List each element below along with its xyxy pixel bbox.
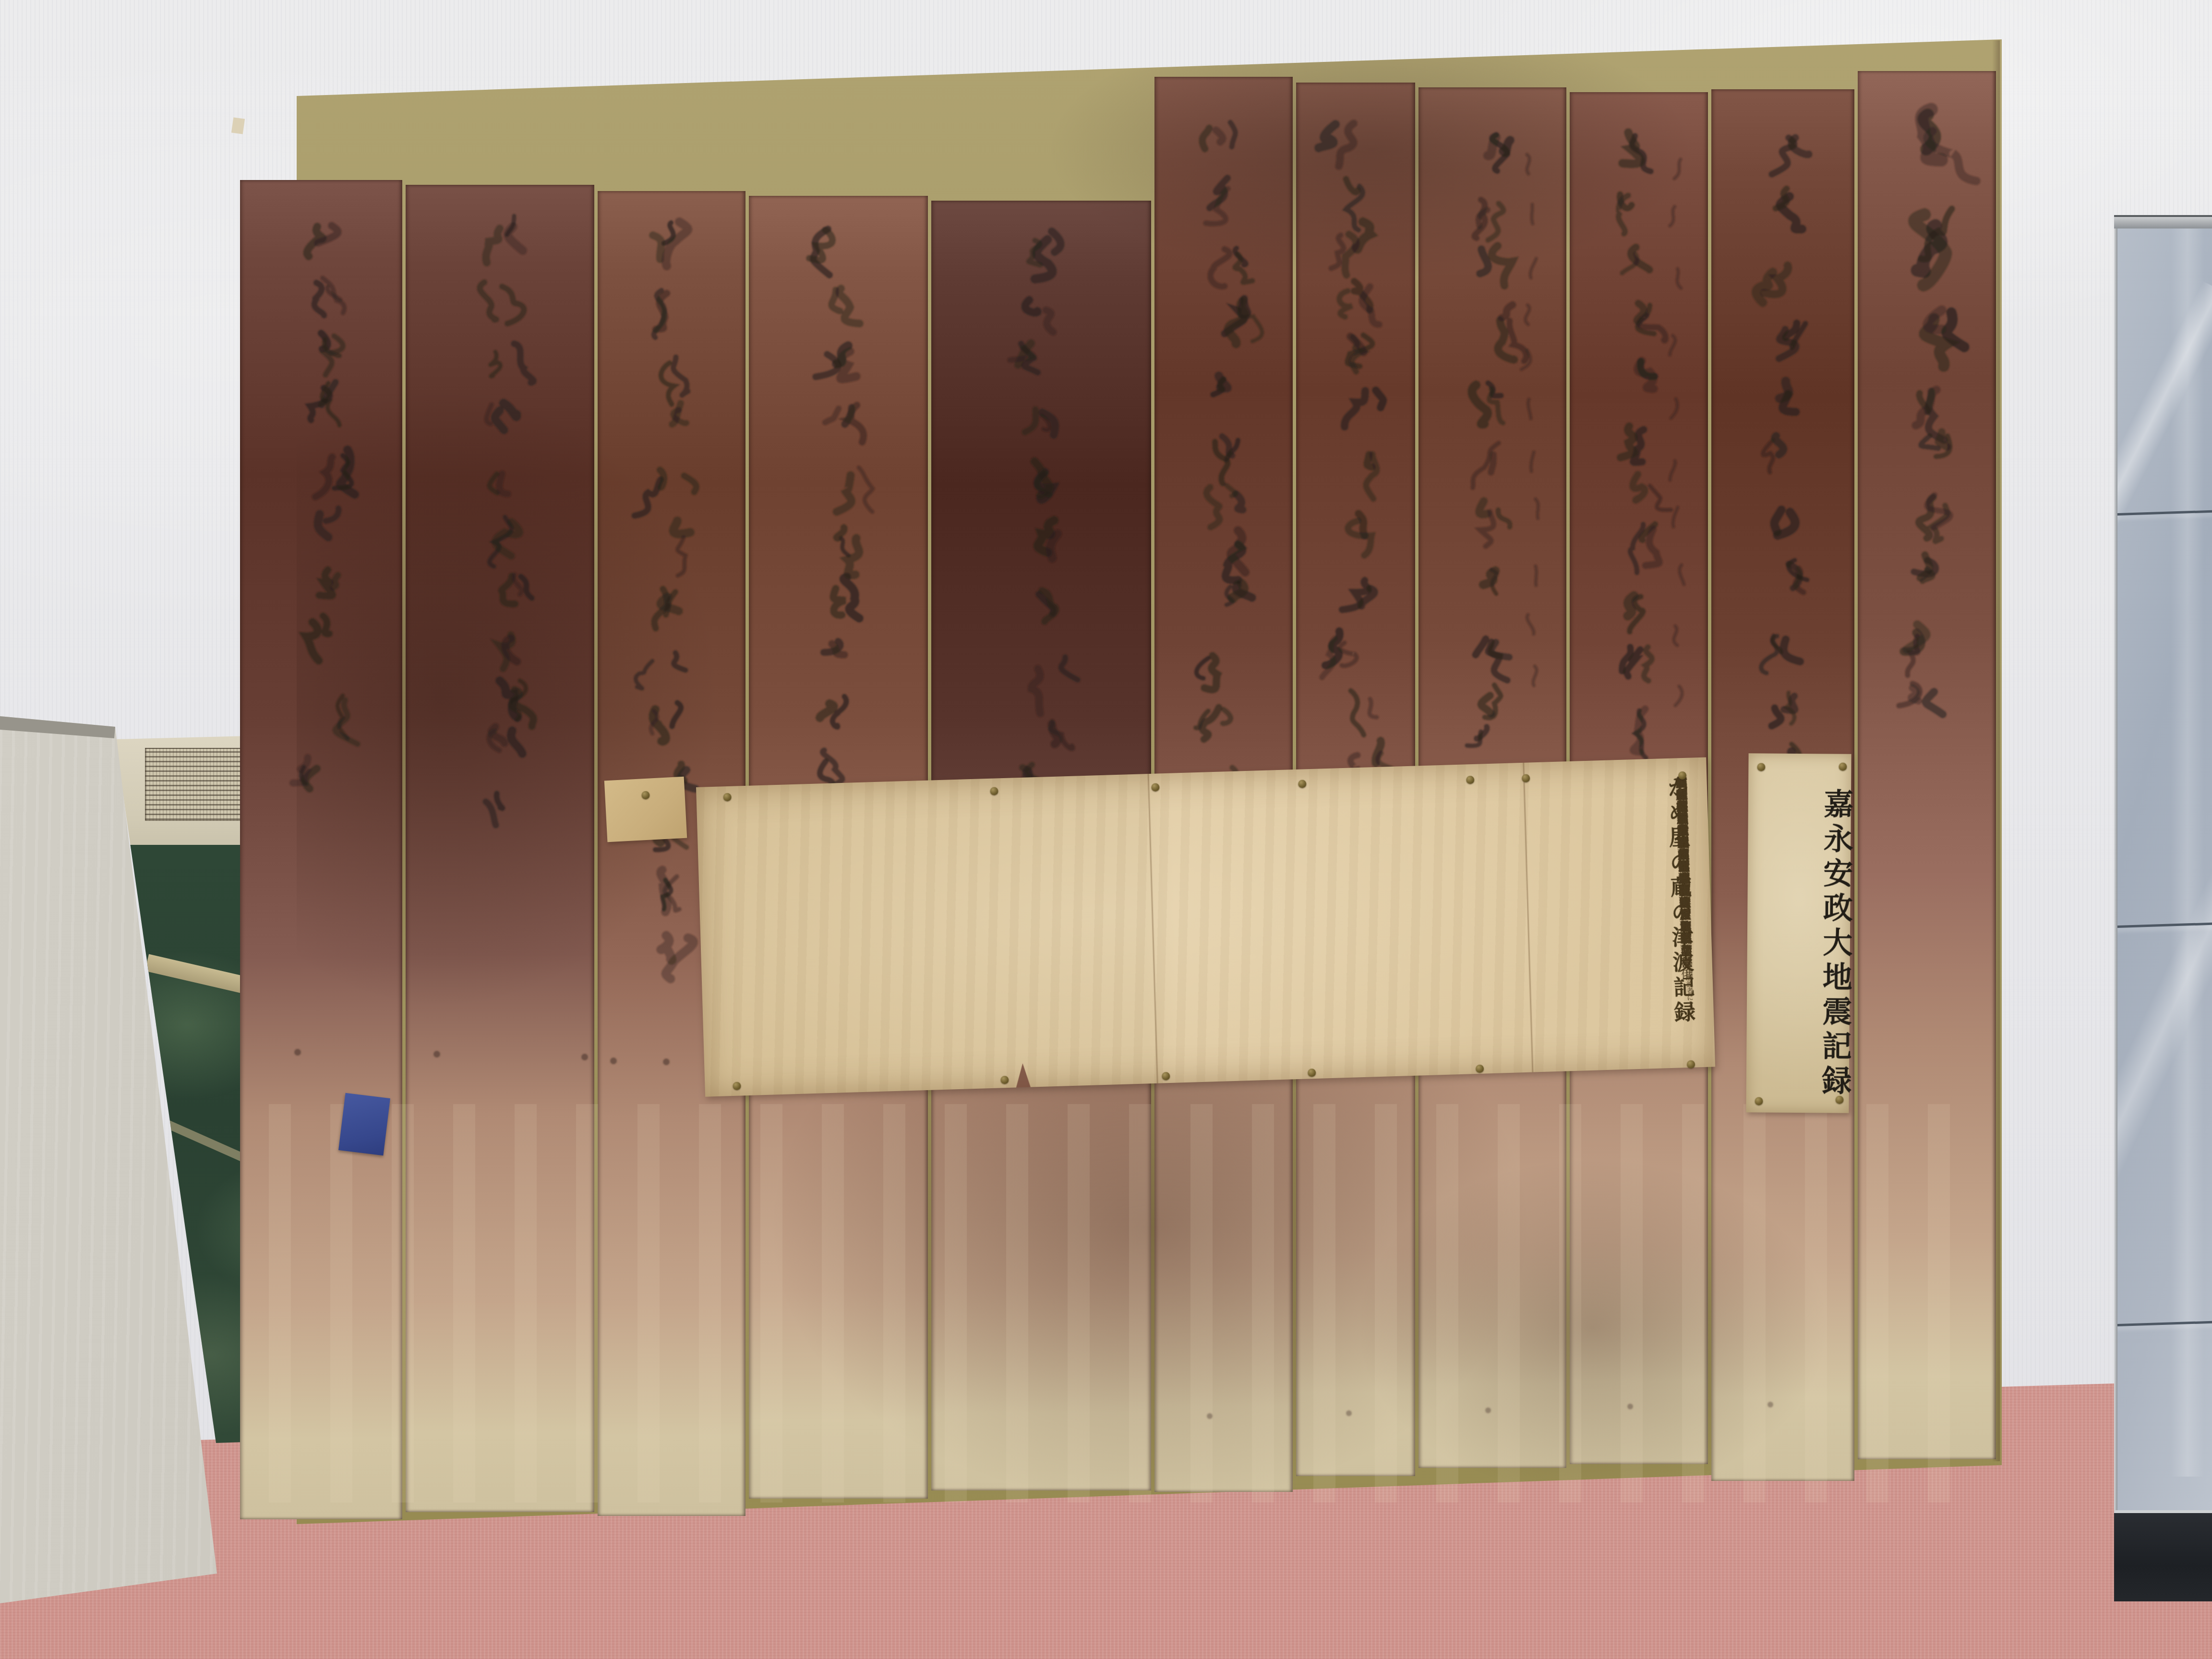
case-frame [2114,228,2117,1510]
tack-icon [641,791,650,800]
blank-paper-tag [604,777,687,842]
glass-display-case [2114,215,2212,1601]
translation-sign: かめ屋の蔵の津波記録嘉永七安政元寅歳かめ屋 彌兵衛右は書置之事扨寅六月八日大志し… [696,757,1715,1097]
wooden-plank [1858,71,1996,1459]
tack-icon [1839,763,1847,771]
sign-text-columns: かめ屋の蔵の津波記録嘉永七安政元寅歳かめ屋 彌兵衛右は書置之事扨寅六月八日大志し… [696,757,1715,1097]
board-edge-shadow [1992,40,2000,1461]
tack-icon [1836,1096,1844,1104]
tack-icon [1755,1097,1763,1105]
glass-reflection [2171,228,2204,1477]
label-text: 嘉永安政大地震記録 [1746,753,1851,1113]
blue-tag [338,1093,390,1156]
wooden-plank [406,185,594,1512]
case-frame [2114,215,2212,228]
case-base [2114,1510,2212,1601]
exhibit-room-photo: かめ屋の蔵の津波記録嘉永七安政元寅歳かめ屋 彌兵衛右は書置之事扨寅六月八日大志し… [0,0,2212,1659]
tack-icon [1757,763,1765,771]
plank-sticker [231,117,245,134]
earthquake-title-label: 嘉永安政大地震記録 [1746,753,1851,1113]
wooden-plank [240,180,402,1519]
